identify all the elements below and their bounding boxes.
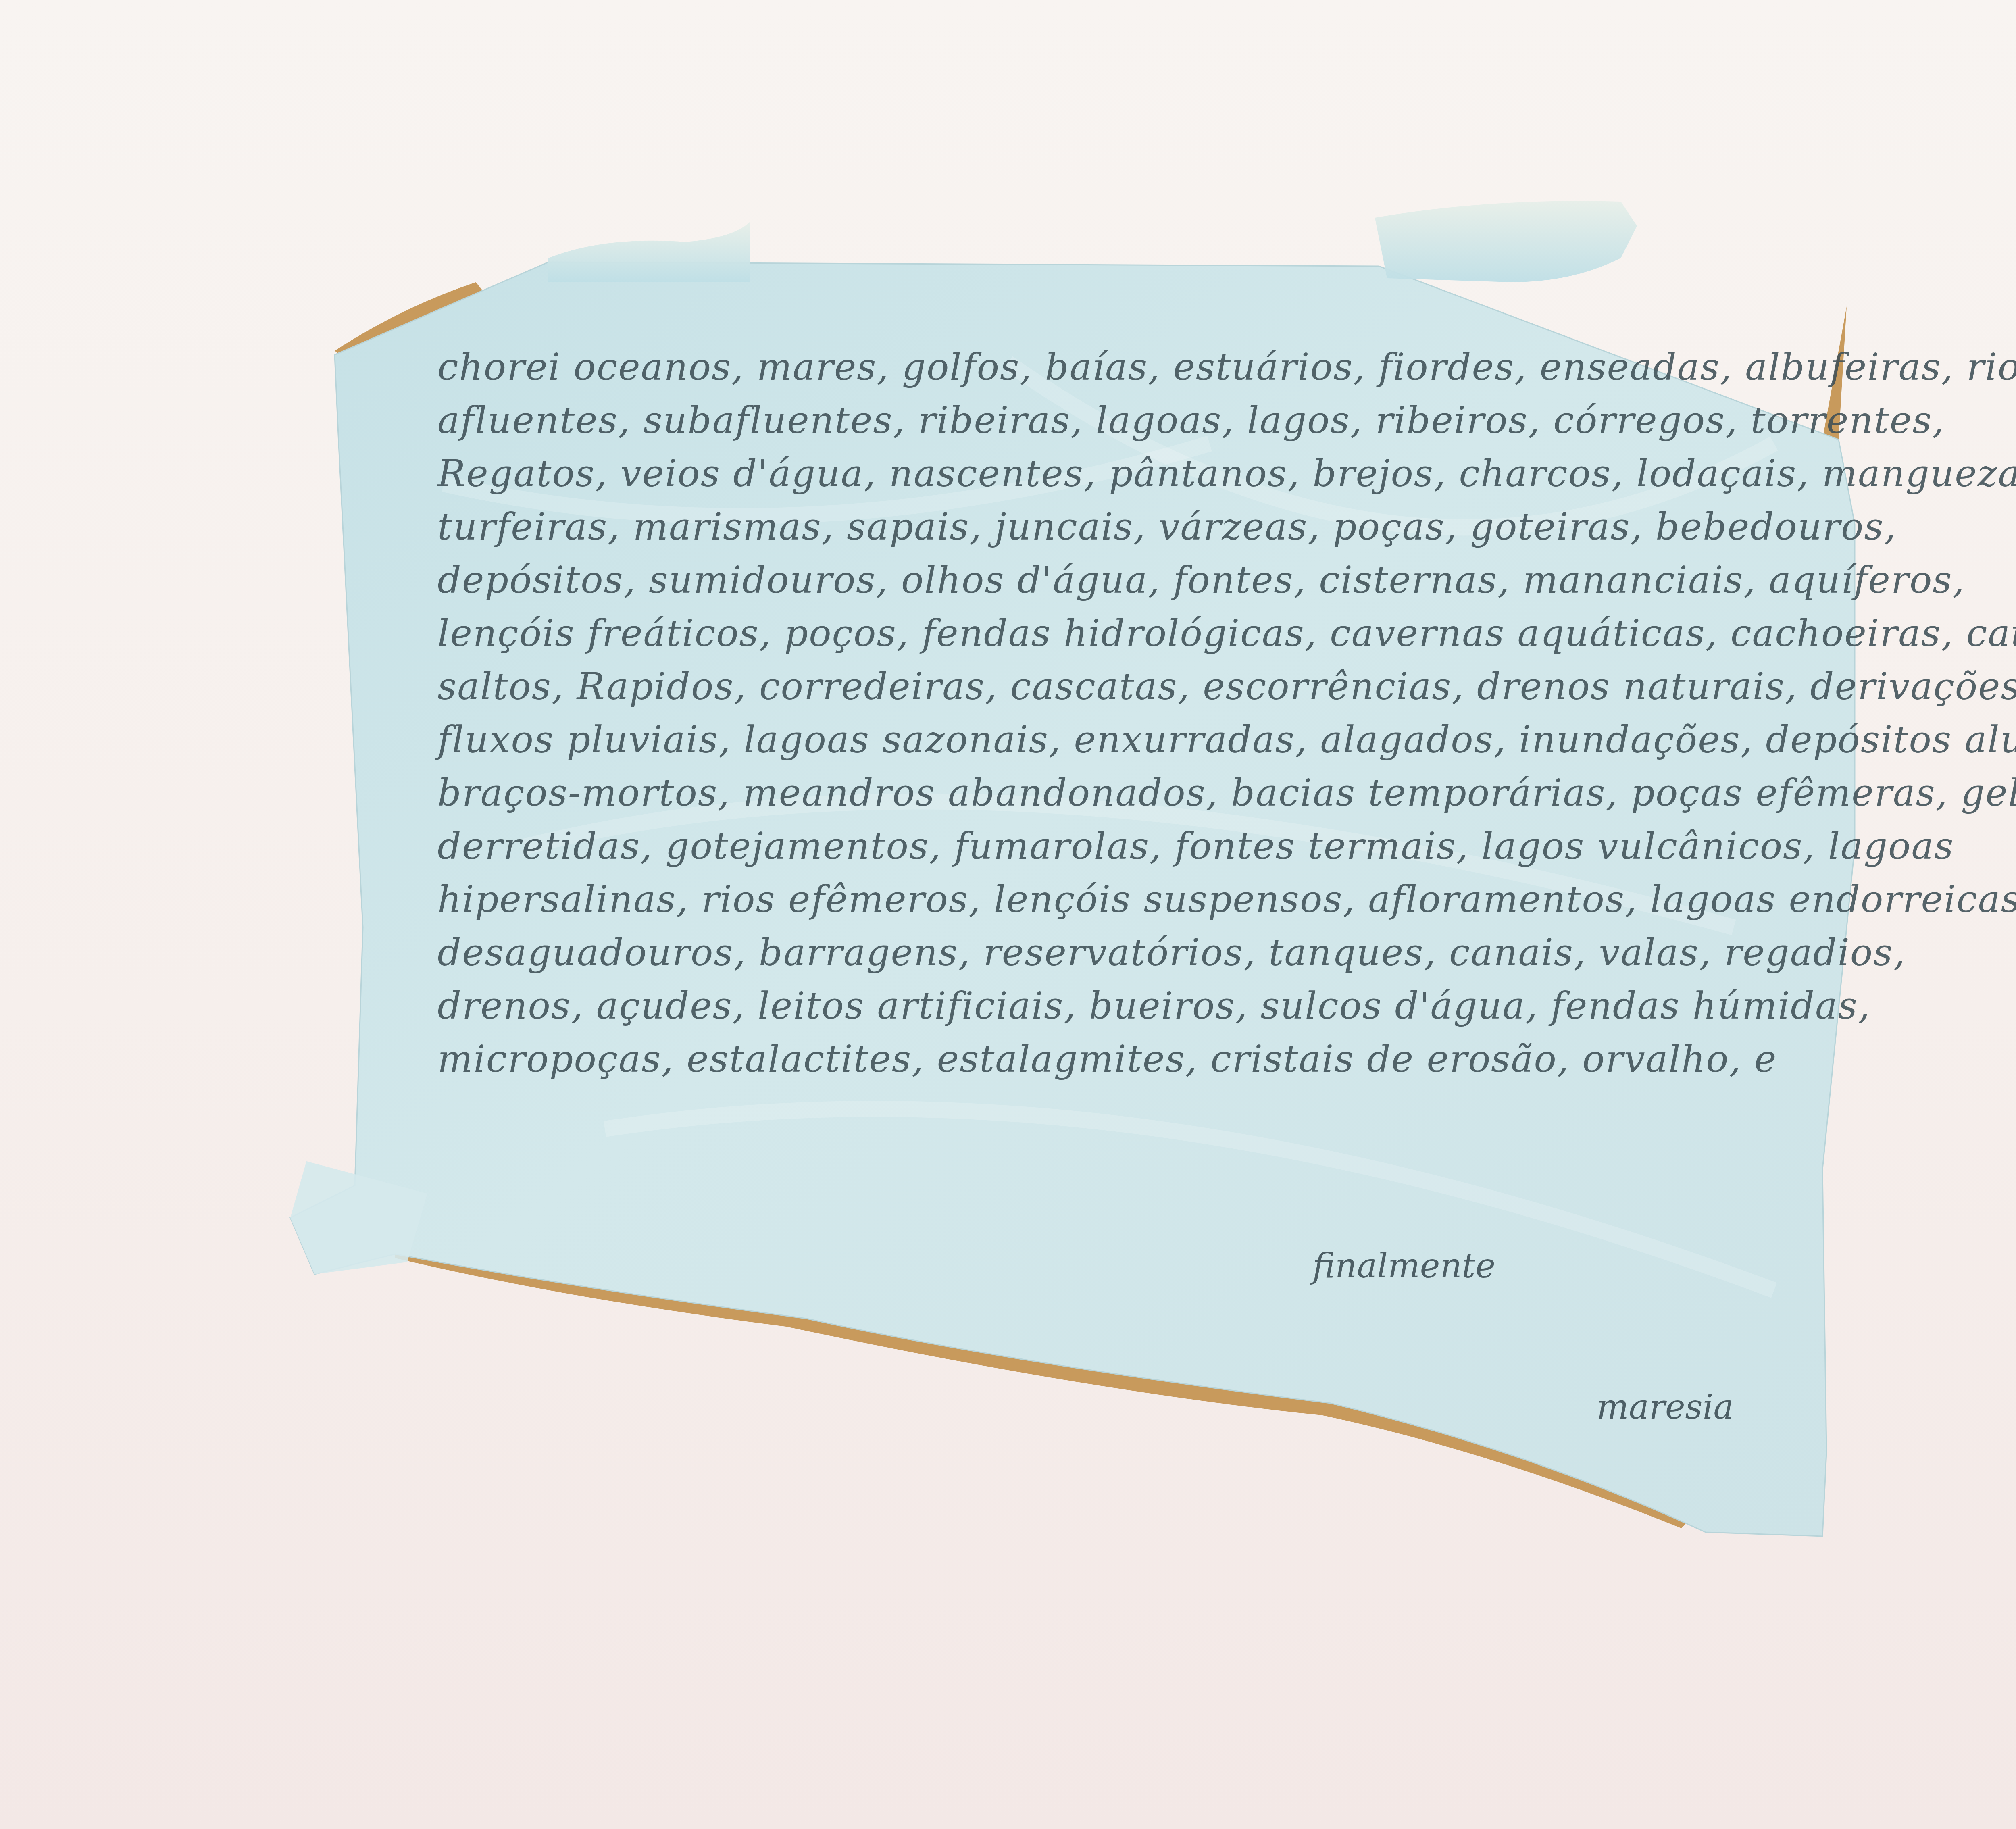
text-line: afluentes, subafluentes, ribeiras, lagoa…: [437, 394, 1849, 447]
closing-word: finalmente: [1312, 1246, 1495, 1285]
text-line: micropoças, estalactites, estalagmites, …: [437, 1033, 1849, 1086]
text-line: desaguadouros, barragens, reservatórios,…: [437, 926, 1849, 979]
text-line: saltos, Rapidos, corredeiras, cascatas, …: [437, 660, 1849, 713]
text-line: chorei oceanos, mares, golfos, baías, es…: [437, 341, 1849, 394]
text-line: drenos, açudes, leitos artificiais, buei…: [437, 979, 1849, 1033]
text-line: derretidas, gotejamentos, fumarolas, fon…: [437, 820, 1849, 873]
text-line: braços-mortos, meandros abandonados, bac…: [437, 767, 1849, 820]
text-line: Regatos, veios d'água, nascentes, pântan…: [437, 447, 1849, 500]
handwritten-list: chorei oceanos, mares, golfos, baías, es…: [437, 341, 1849, 1086]
text-line: depósitos, sumidouros, olhos d'água, fon…: [437, 554, 1849, 607]
text-line: lençóis freáticos, poços, fendas hidroló…: [437, 607, 1849, 660]
text-line: fluxos pluviais, lagoas sazonais, enxurr…: [437, 713, 1849, 767]
final-word: maresia: [1597, 1387, 1734, 1427]
torn-paper-artwork: chorei oceanos, mares, golfos, baías, es…: [0, 0, 2016, 1829]
tape-left: [548, 222, 750, 282]
tape-right: [1375, 201, 1637, 282]
text-line: turfeiras, marismas, sapais, juncais, vá…: [437, 500, 1849, 554]
text-line: hipersalinas, rios efêmeros, lençóis sus…: [437, 873, 1849, 926]
